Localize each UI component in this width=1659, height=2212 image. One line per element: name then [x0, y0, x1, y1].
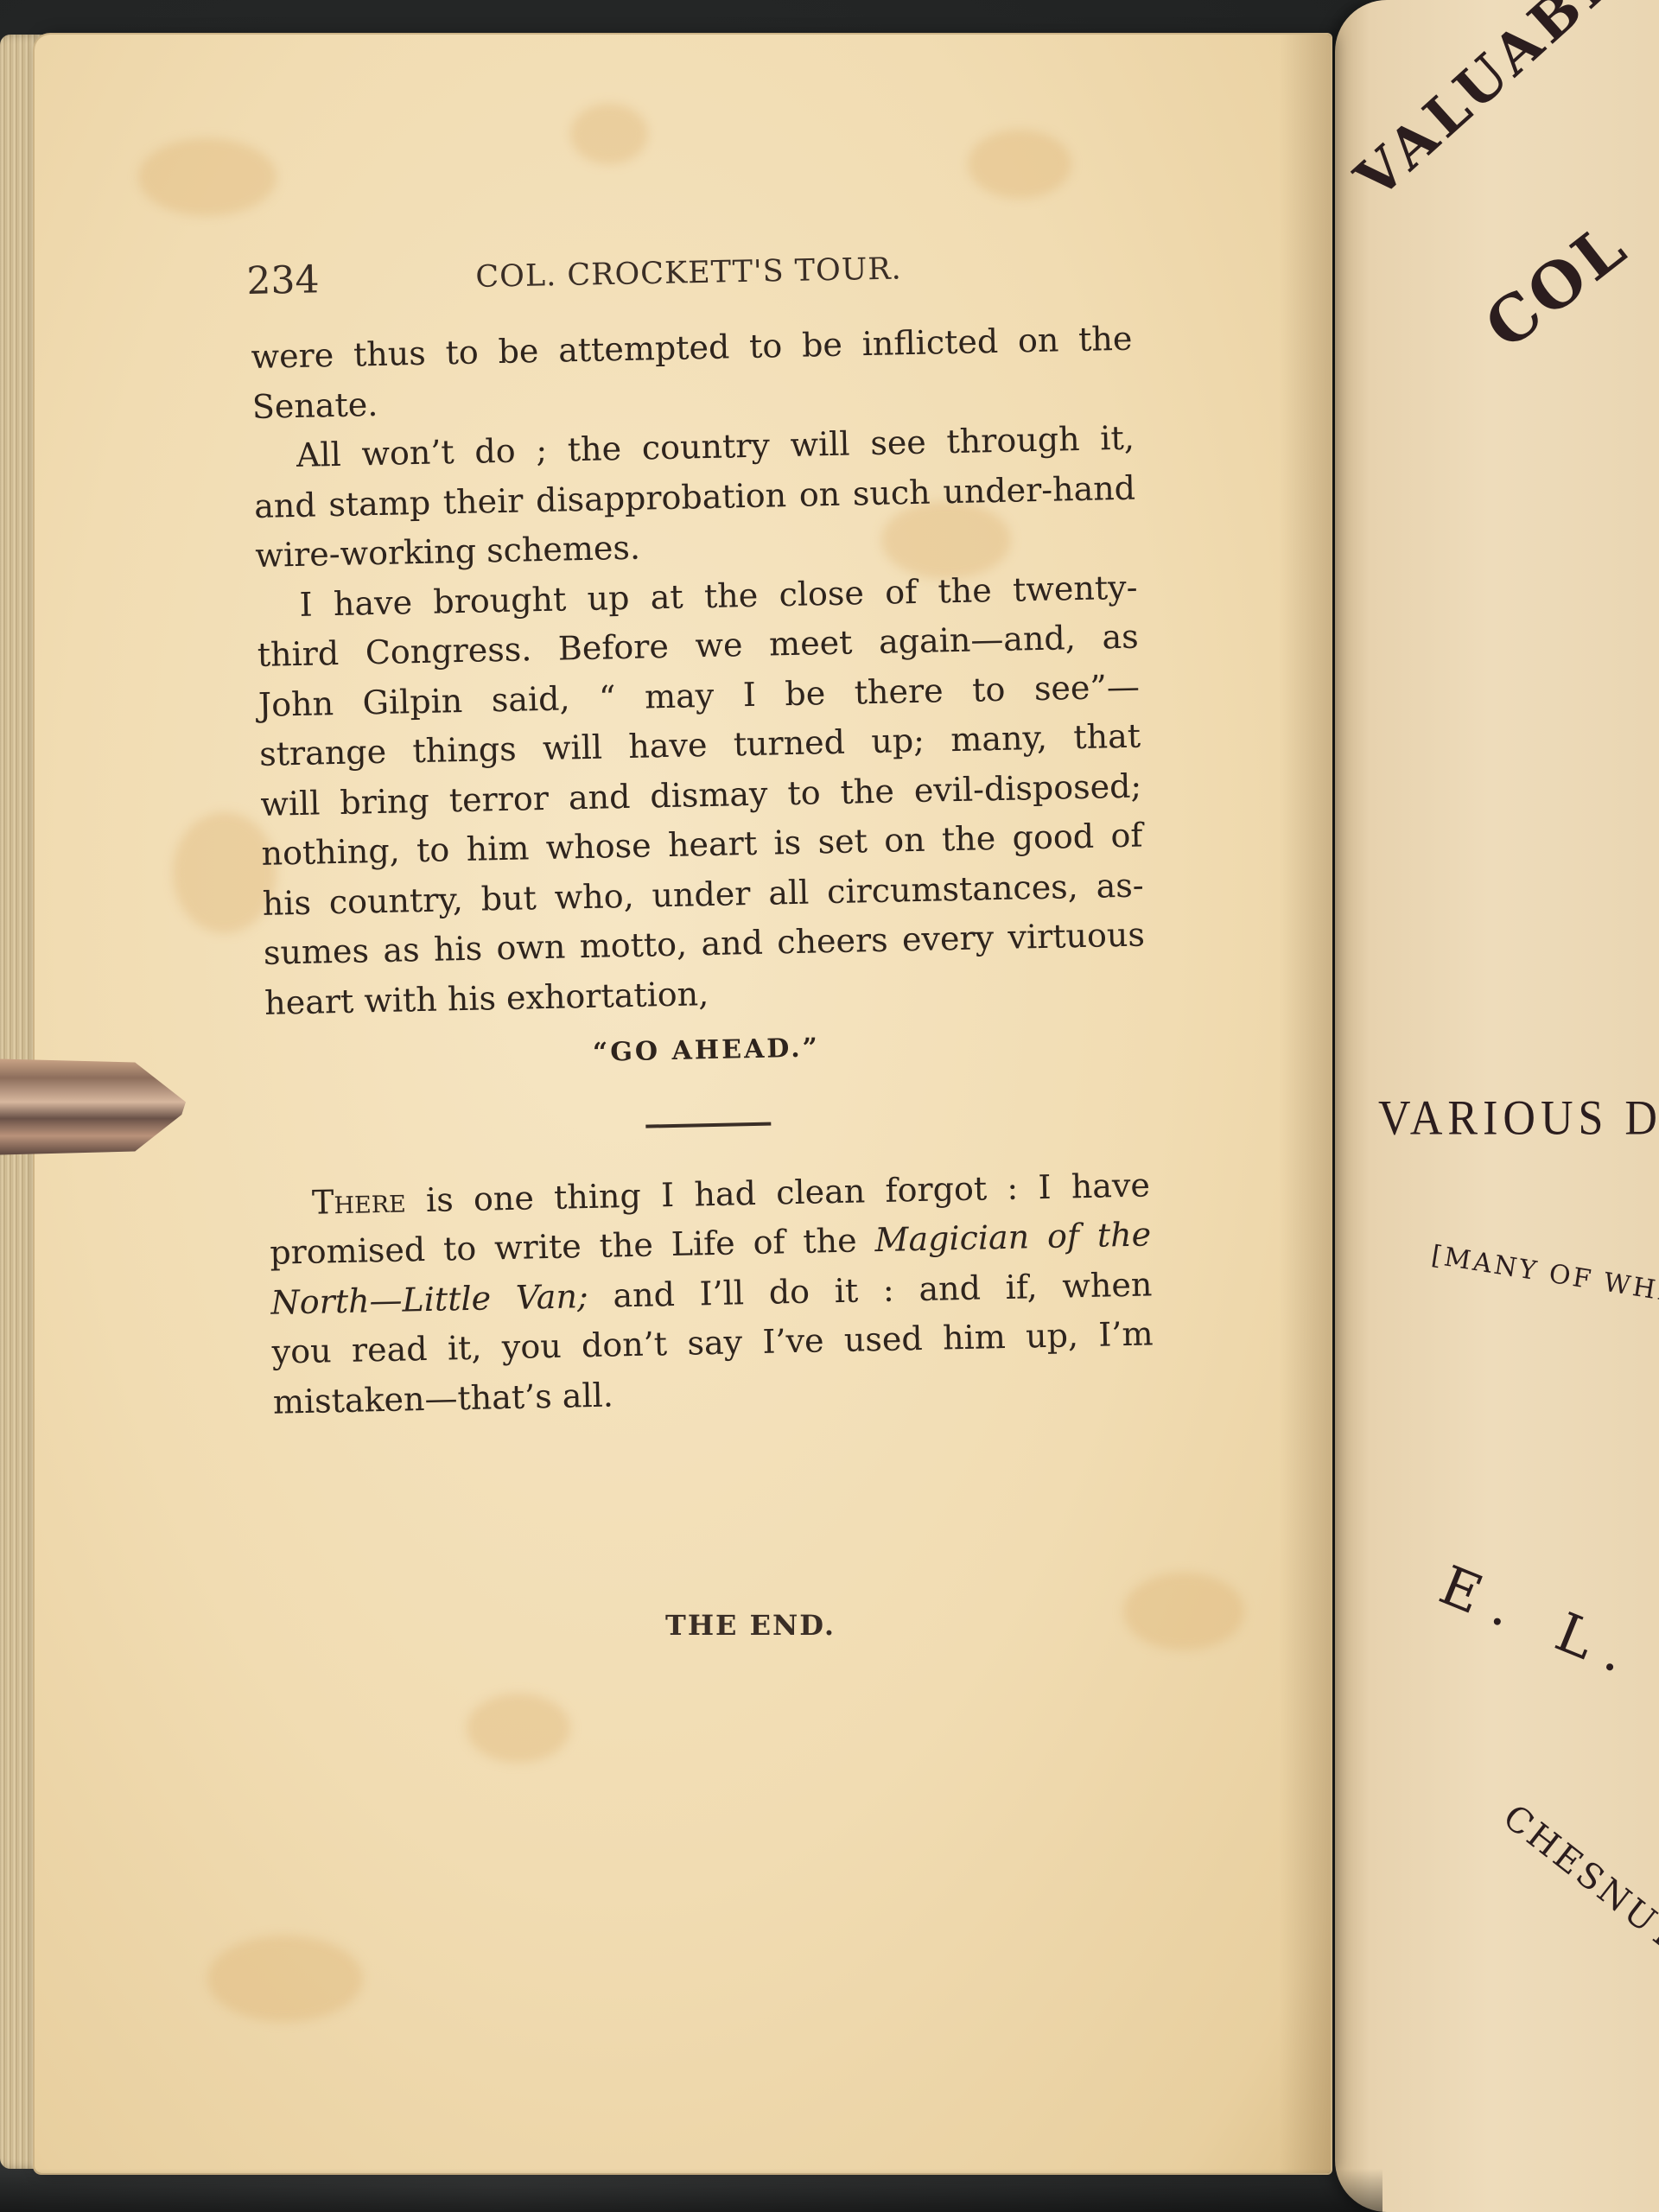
body-text: were thus to be attempted to be inflicte…	[251, 315, 1154, 1427]
foxing-spot	[968, 130, 1071, 199]
foxing-spot	[138, 138, 276, 216]
motto-go-ahead: “GO AHEAD.”	[265, 1016, 1147, 1084]
right-page-publisher-fragment: E. L. CA	[1431, 1554, 1659, 1747]
right-page-valuable-fragment: VALUABL	[1344, 0, 1631, 212]
paragraph-3: I have brought up at the close of the tw…	[256, 563, 1147, 1028]
right-page-col-fragment: COL	[1471, 208, 1641, 363]
bottom-shadow	[0, 2169, 1382, 2212]
foxing-spot	[570, 104, 648, 164]
paragraph-4: There is one thing I had clean forgot : …	[269, 1160, 1155, 1427]
italic-title-fragment: Magician of the	[874, 1215, 1151, 1259]
foxing-spot	[1123, 1573, 1244, 1650]
right-page-title-page: VALUABL COL I VARIOUS DEP [MANY OF WHICH…	[1335, 0, 1659, 2212]
gutter-shadow	[1279, 35, 1331, 2173]
text-fragment: promised to write the Life of the	[270, 1221, 875, 1272]
italic-title-fragment: North—Little Van;	[270, 1277, 588, 1322]
the-end-label: THE END.	[665, 1609, 836, 1642]
foxing-spot	[207, 1935, 363, 2022]
page-number: 234	[246, 257, 320, 303]
paragraph-1: were thus to be attempted to be inflicte…	[251, 315, 1134, 432]
text-fragment: and I’ll do it : and if, when	[588, 1265, 1153, 1315]
right-page-many-of-which-fragment: [MANY OF WHICH	[1429, 1240, 1659, 1315]
text-fragment: is one thing I had clean forgot : I have	[405, 1166, 1150, 1219]
right-page-various-fragment: VARIOUS DEP	[1378, 1090, 1659, 1147]
foxing-spot	[467, 1694, 570, 1763]
section-rule	[645, 1122, 771, 1128]
lead-smallcaps-word: There	[312, 1181, 407, 1221]
right-page-street-fragment: CHESNUT	[1496, 1797, 1659, 1959]
paragraph-2: All won’t do ; the country will see thro…	[252, 414, 1136, 582]
